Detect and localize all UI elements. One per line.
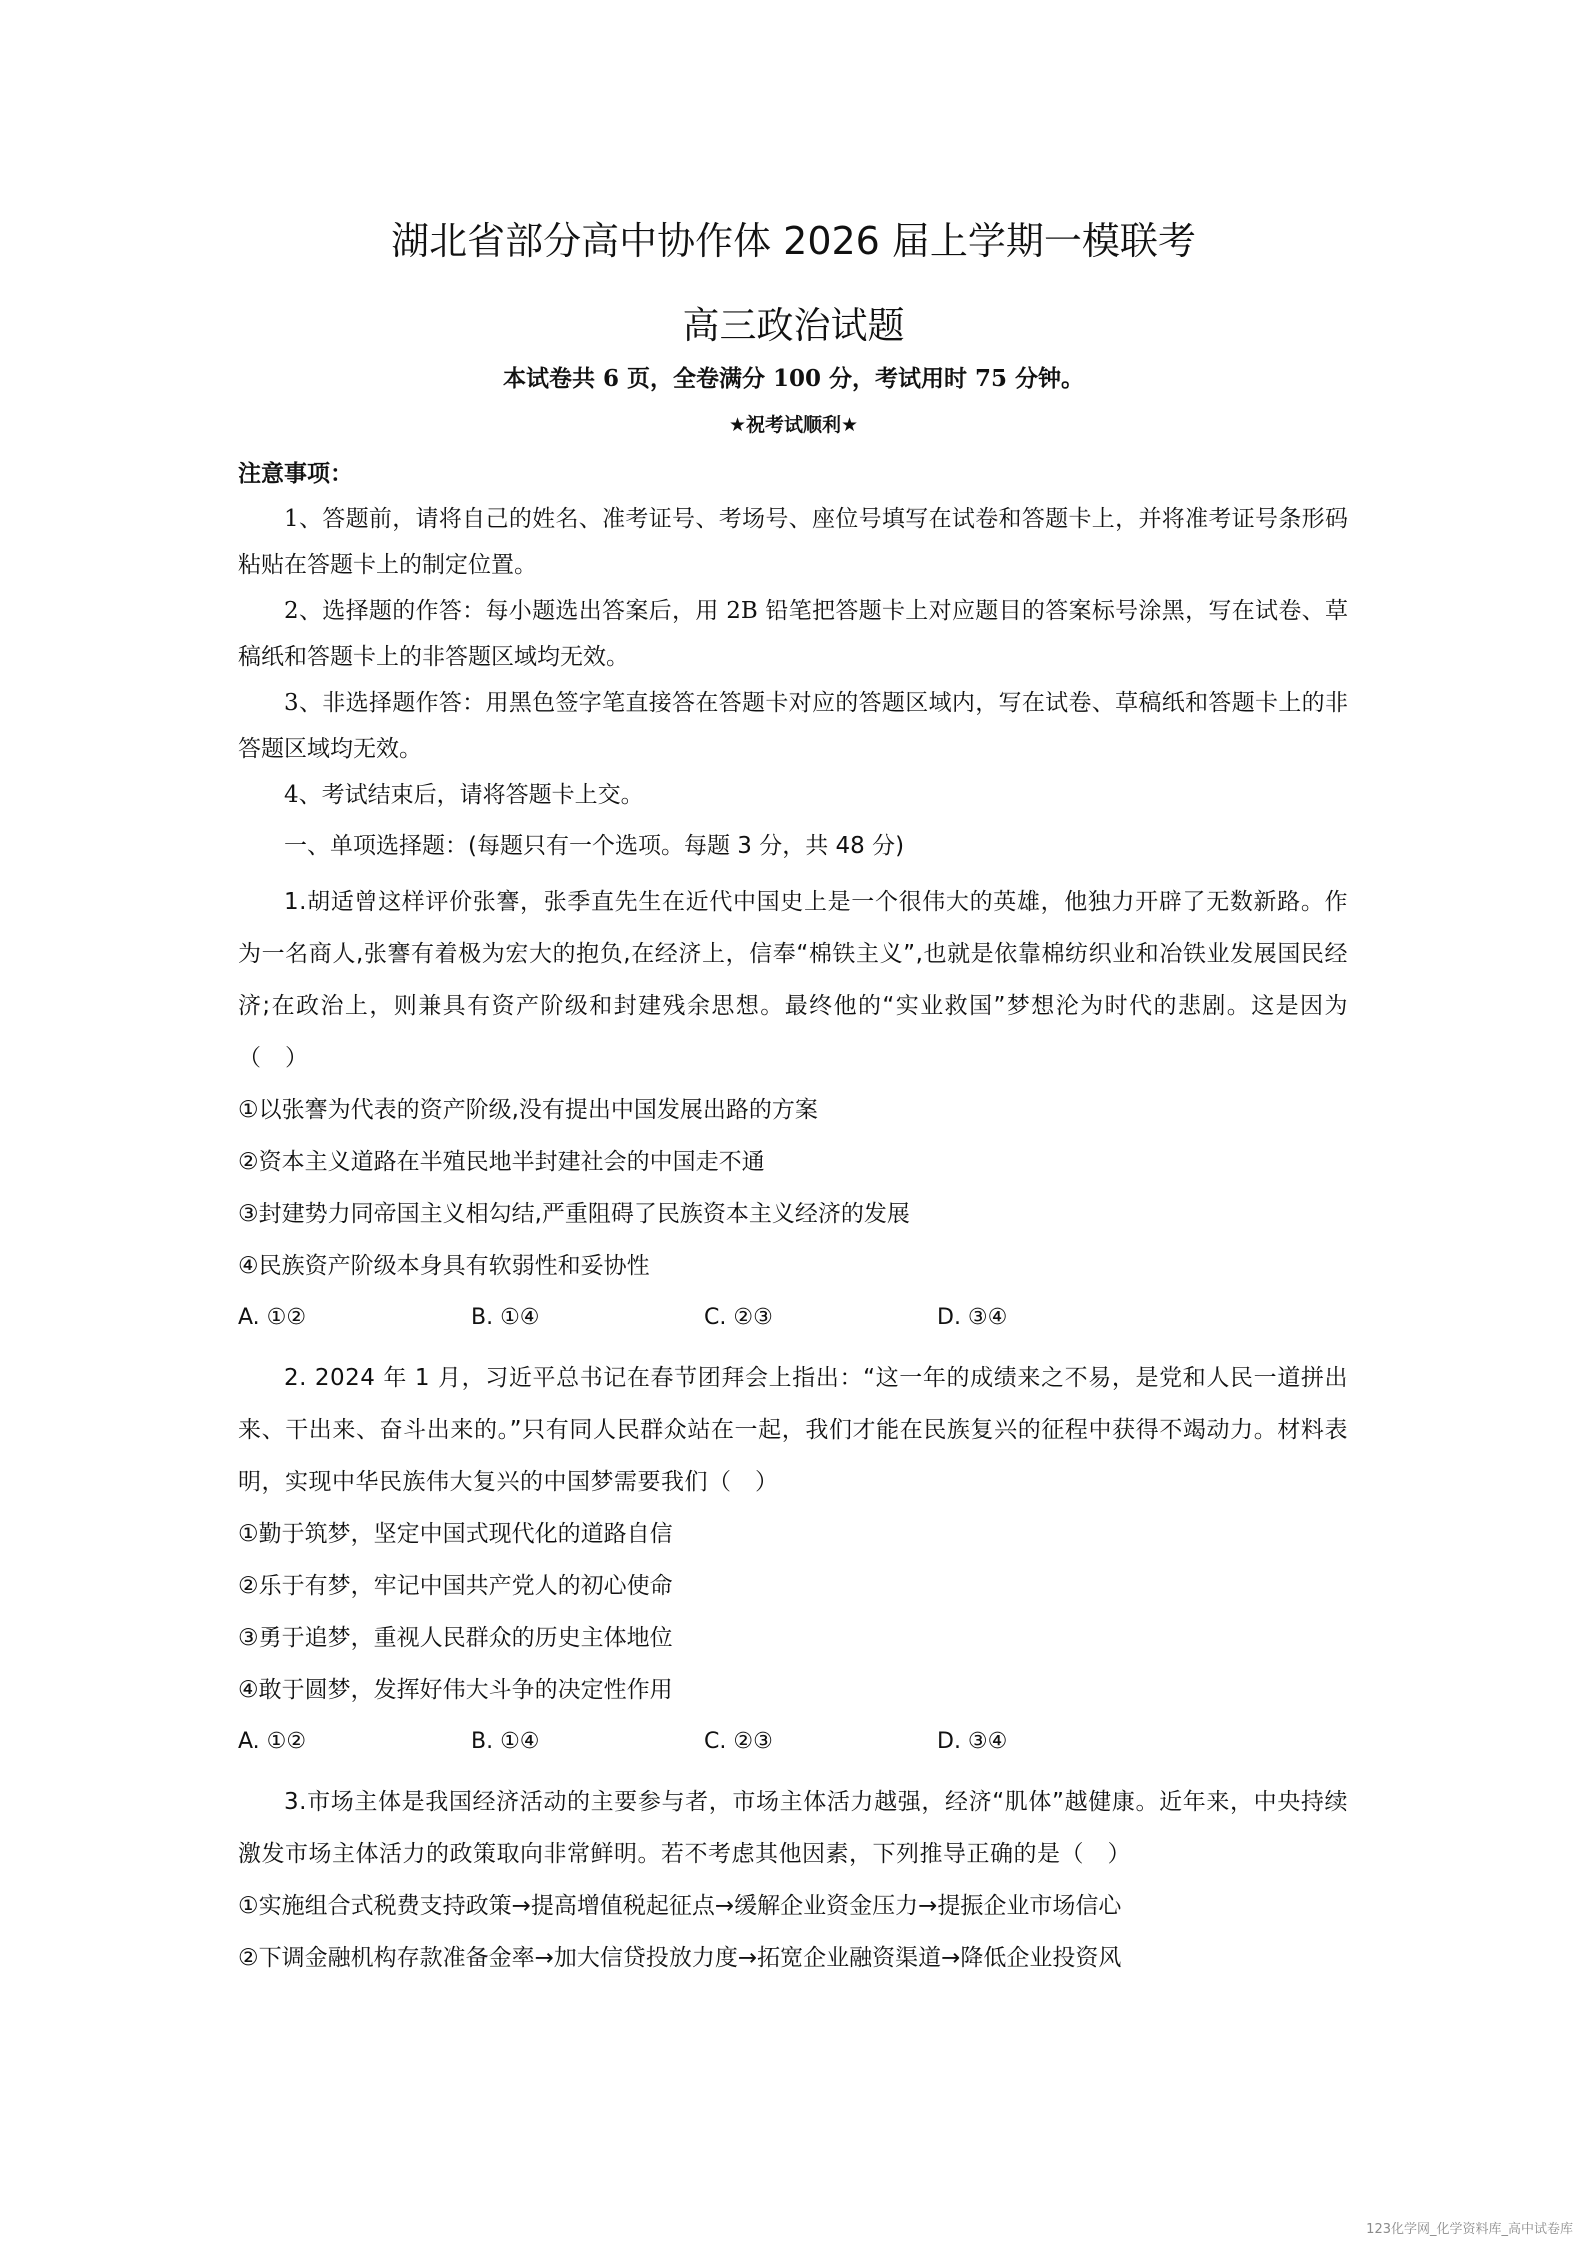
choice-c: C. ②③ [704,1292,937,1344]
question-1: 1.胡适曾这样评价张謇，张季直先生在近代中国史上是一个很伟大的英雄，他独力开辟了… [238,876,1348,1344]
statement-option: ①实施组合式税费支持政策→提高增值税起征点→缓解企业资金压力→提振企业市场信心 [238,1880,1348,1932]
choice-a: A. ①② [238,1716,471,1768]
statement-option: ①以张謇为代表的资产阶级,没有提出中国发展出路的方案 [238,1084,1348,1136]
answer-choices: A. ①② B. ①④ C. ②③ D. ③④ [238,1716,1348,1768]
question-2: 2. 2024 年 1 月，习近平总书记在春节团拜会上指出：“这一年的成绩来之不… [238,1352,1348,1768]
choice-b: B. ①④ [471,1292,704,1344]
choice-a: A. ①② [238,1292,471,1344]
exam-subtitle: 高三政治试题 [0,295,1587,349]
statement-option: ②下调金融机构存款准备金率→加大信贷投放力度→拓宽企业融资渠道→降低企业投资风 [238,1932,1348,1984]
choice-b: B. ①④ [471,1716,704,1768]
statement-option: ③封建势力同帝国主义相勾结,严重阻碍了民族资本主义经济的发展 [238,1188,1348,1240]
statement-option: ②资本主义道路在半殖民地半封建社会的中国走不通 [238,1136,1348,1188]
exam-info: 本试卷共 6 页，全卷满分 100 分，考试用时 75 分钟。 [0,360,1587,393]
choice-d: D. ③④ [937,1716,1170,1768]
statement-option: ③勇于追梦，重视人民群众的历史主体地位 [238,1612,1348,1664]
exam-page: 湖北省部分高中协作体 2026 届上学期一模联考 高三政治试题 本试卷共 6 页… [0,0,1587,2245]
exam-title: 湖北省部分高中协作体 2026 届上学期一模联考 [0,210,1587,265]
notice-heading: 注意事项： [238,452,1348,496]
notice-item: 4、考试结束后，请将答题卡上交。 [238,772,1348,818]
good-luck-banner: ★祝考试顺利★ [0,410,1587,437]
choice-d: D. ③④ [937,1292,1170,1344]
choice-c: C. ②③ [704,1716,937,1768]
section-heading: 一、单项选择题：(每题只有一个选项。每题 3 分，共 48 分) [238,824,1348,868]
notice-block: 注意事项： 1、答题前，请将自己的姓名、准考证号、考场号、座位号填写在试卷和答题… [238,452,1348,818]
statement-option: ④敢于圆梦，发挥好伟大斗争的决定性作用 [238,1664,1348,1716]
statement-option: ④民族资产阶级本身具有软弱性和妥协性 [238,1240,1348,1292]
exam-content: 注意事项： 1、答题前，请将自己的姓名、准考证号、考场号、座位号填写在试卷和答题… [238,452,1348,1984]
source-watermark: 123化学网_化学资料库_高中试卷库 [1366,2218,1573,2237]
notice-item: 1、答题前，请将自己的姓名、准考证号、考场号、座位号填写在试卷和答题卡上，并将准… [238,496,1348,588]
question-3: 3.市场主体是我国经济活动的主要参与者，市场主体活力越强，经济“肌体”越健康。近… [238,1776,1348,1984]
statement-option: ①勤于筑梦，坚定中国式现代化的道路自信 [238,1508,1348,1560]
question-stem: 3.市场主体是我国经济活动的主要参与者，市场主体活力越强，经济“肌体”越健康。近… [238,1776,1348,1880]
answer-choices: A. ①② B. ①④ C. ②③ D. ③④ [238,1292,1348,1344]
statement-option: ②乐于有梦，牢记中国共产党人的初心使命 [238,1560,1348,1612]
question-stem: 1.胡适曾这样评价张謇，张季直先生在近代中国史上是一个很伟大的英雄，他独力开辟了… [238,876,1348,1084]
notice-item: 2、选择题的作答：每小题选出答案后，用 2B 铅笔把答题卡上对应题目的答案标号涂… [238,588,1348,680]
question-stem: 2. 2024 年 1 月，习近平总书记在春节团拜会上指出：“这一年的成绩来之不… [238,1352,1348,1508]
notice-item: 3、非选择题作答：用黑色签字笔直接答在答题卡对应的答题区域内，写在试卷、草稿纸和… [238,680,1348,772]
